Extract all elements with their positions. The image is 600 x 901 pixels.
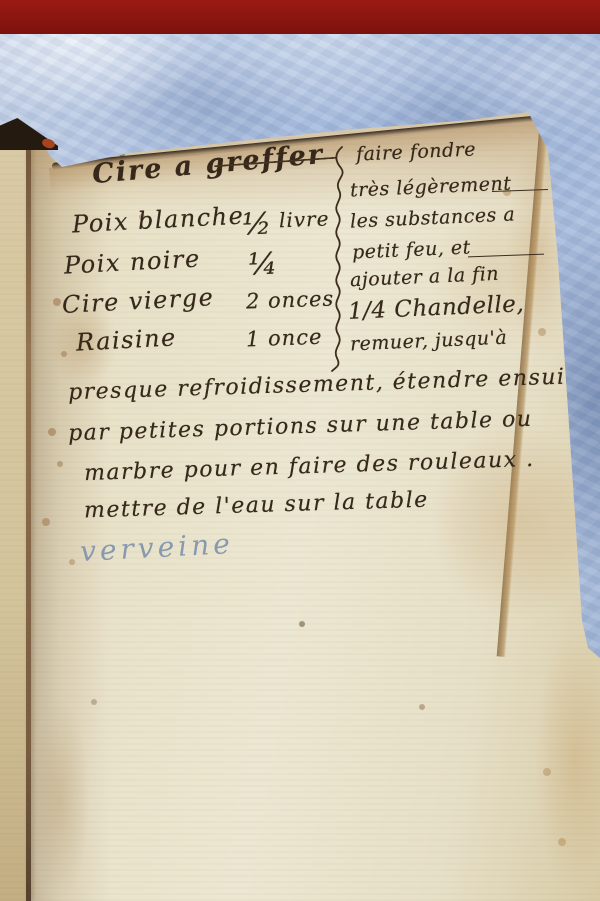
- deckle-right-edge: [497, 118, 549, 657]
- foxing-stain: [48, 298, 118, 388]
- instruction-body-line: par petites portions sur une table ou: [68, 407, 533, 447]
- fraction-glyph: ¼: [247, 246, 278, 282]
- book-gutter-line: [26, 138, 31, 901]
- instruction-side-line: les substances a: [350, 203, 516, 232]
- gutter-stain: [30, 700, 90, 900]
- ingredient-unit: livre: [279, 206, 330, 232]
- ingredient-name: Cire vierge: [61, 283, 215, 319]
- instruction-side-line: ajouter a la fin: [350, 263, 500, 291]
- instruction-side-line: faire fondre: [356, 138, 477, 165]
- curly-brace-decoration: [327, 146, 349, 372]
- ingredient-name: Poix blanche: [71, 202, 245, 239]
- ink-flourish-dash: [468, 254, 544, 258]
- tan-stain: [430, 200, 560, 350]
- fraction-glyph: ½: [241, 206, 272, 242]
- ingredient-name: Poix noire: [63, 244, 201, 279]
- photo-of-manuscript-page: Cire a greffer Poix blanche ½livre Poix …: [0, 0, 600, 901]
- ingredient-amount: ¼: [247, 246, 278, 282]
- red-banner-strip: [0, 0, 600, 34]
- title-underline-flourish: [214, 157, 336, 168]
- instruction-side-line: remuer, jusqu'à: [350, 327, 508, 356]
- instruction-body-line: presque refroidissement, étendre ensuite: [68, 364, 591, 405]
- ingredient-amount: ½livre: [241, 204, 330, 242]
- book-page-edges-left: [0, 130, 26, 901]
- instruction-body-line: mettre de l'eau sur la table: [84, 488, 429, 524]
- instruction-side-line: 1/4 Chandelle,: [348, 291, 525, 325]
- pencil-annotation-verveine: verveine: [79, 527, 234, 568]
- ingredient-amount: 2 onces: [246, 286, 335, 313]
- instruction-body-line: marbre pour en faire des rouleaux .: [84, 447, 535, 486]
- ink-flourish-dash: [492, 189, 548, 192]
- ingredient-amount: 1 once: [246, 325, 323, 352]
- instruction-side-line: petit feu, et: [352, 236, 472, 263]
- corner-stain: [535, 630, 600, 890]
- ingredient-name: Raisine: [75, 323, 177, 356]
- instruction-side-line: très légèrement: [350, 172, 512, 201]
